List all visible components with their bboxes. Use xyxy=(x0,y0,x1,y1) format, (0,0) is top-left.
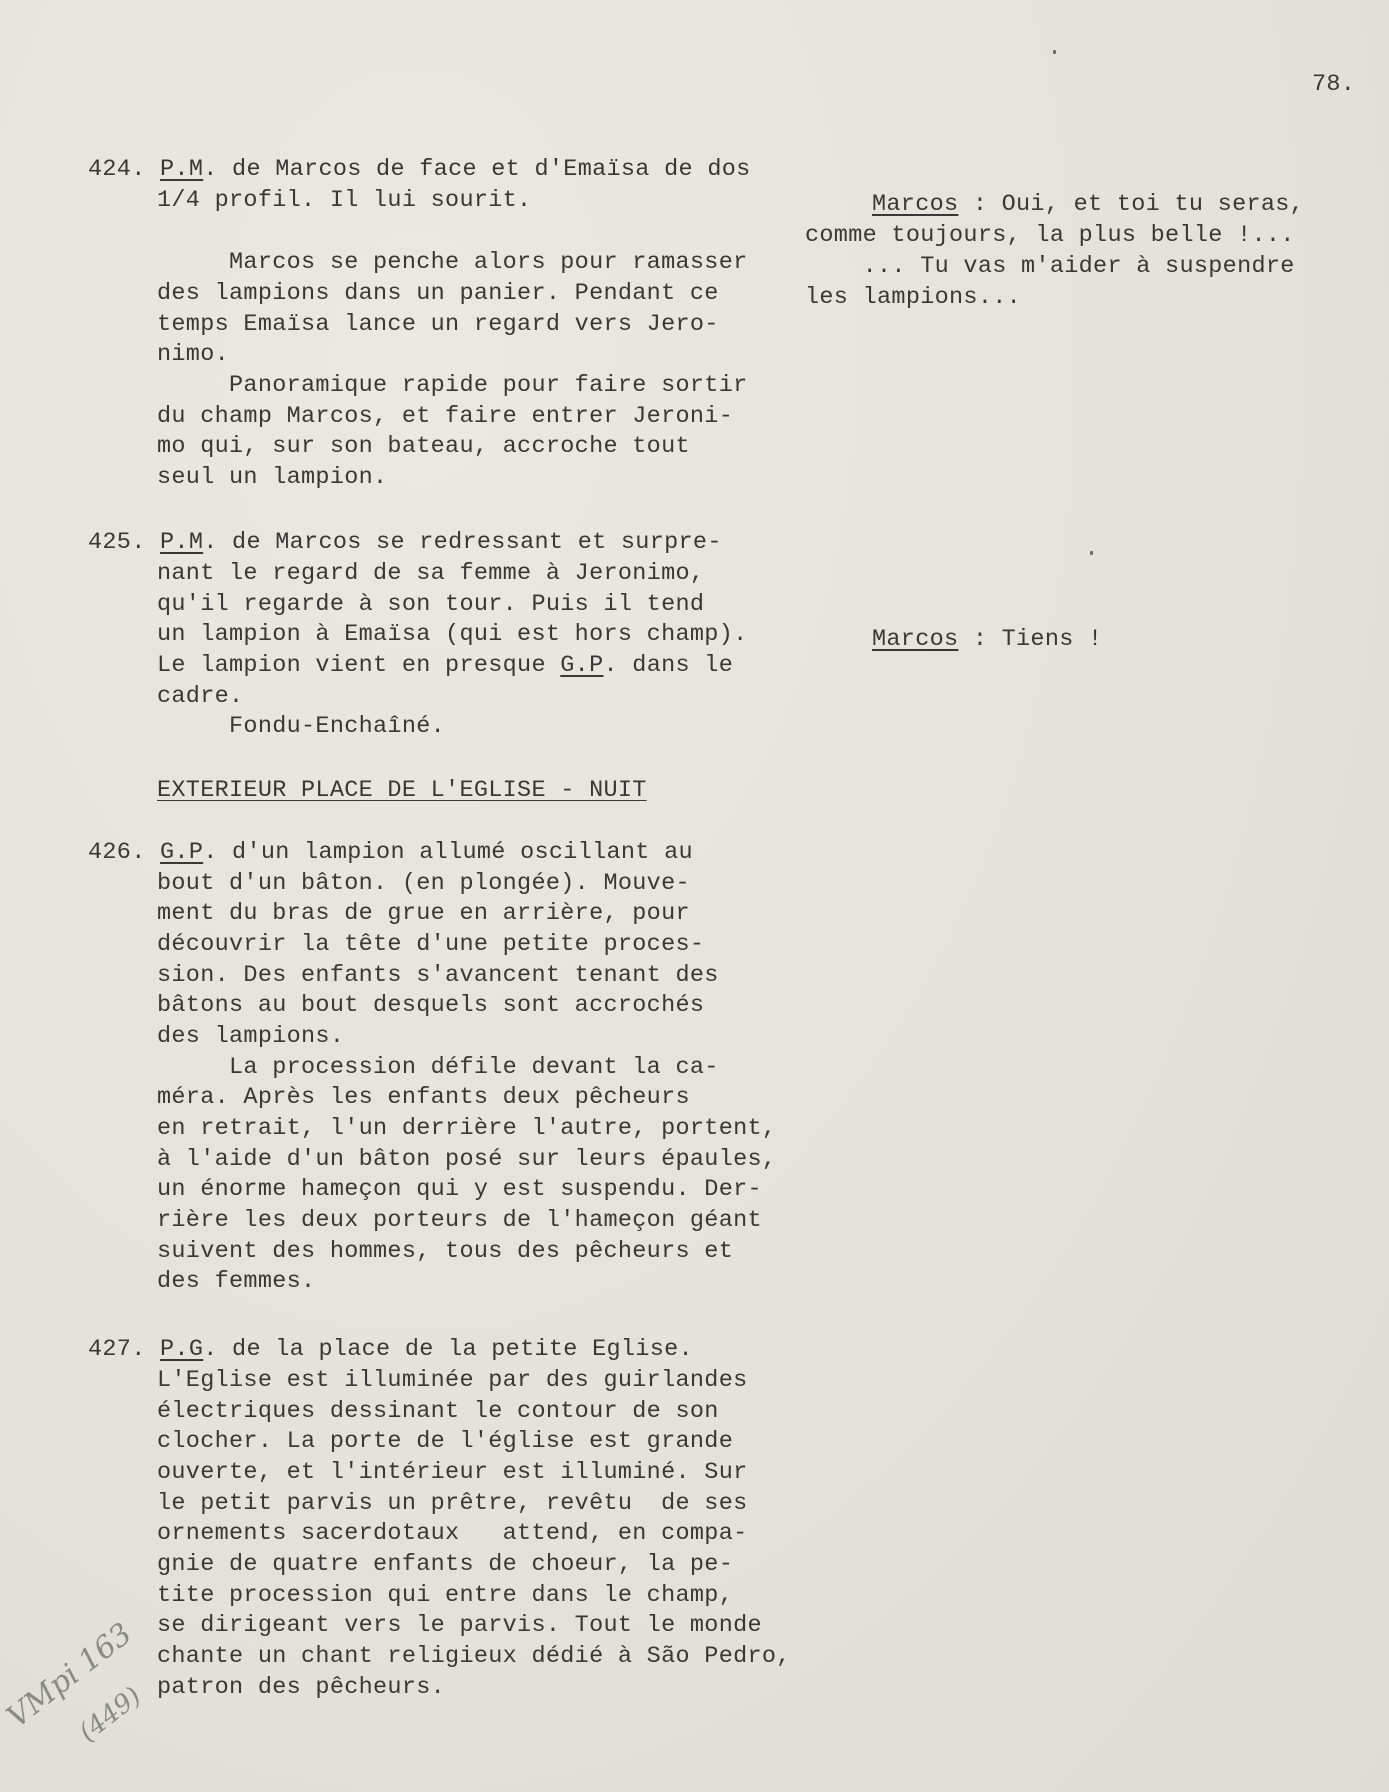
shot-text-line: temps Emaïsa lance un regard vers Jero- xyxy=(157,310,719,341)
shot-text-line: L'Eglise est illuminée par des guirlande… xyxy=(157,1366,748,1397)
shot-number: 425. xyxy=(88,529,146,556)
shot-text-line: du champ Marcos, et faire entrer Jeroni- xyxy=(157,402,733,433)
shot-number: 424. xyxy=(88,156,146,183)
paper-speck xyxy=(1053,50,1056,54)
speaker-name: Marcos xyxy=(872,626,958,653)
shot-text-line: patron des pêcheurs. xyxy=(157,1673,445,1704)
shot-text-line: nimo. xyxy=(157,340,229,371)
scene-heading: EXTERIEUR PLACE DE L'EGLISE - NUIT xyxy=(157,776,647,807)
shot-text-line: le petit parvis un prêtre, revêtu de ses xyxy=(157,1489,748,1520)
shot-text-line: bout d'un bâton. (en plongée). Mouve- xyxy=(157,869,690,900)
shot-text-line: rière les deux porteurs de l'hameçon géa… xyxy=(157,1206,762,1237)
handwritten-annotation-number: (449) xyxy=(74,1681,148,1748)
paper-speck xyxy=(1090,551,1093,555)
shot-text-line: mo qui, sur son bateau, accroche tout xyxy=(157,432,690,463)
shot-number: 426. xyxy=(88,839,146,866)
dialogue-line: ... Tu vas m'aider à suspendre xyxy=(805,252,1295,283)
shot-text-line: suivent des hommes, tous des pêcheurs et xyxy=(157,1237,733,1268)
shot-text-line: nant le regard de sa femme à Jeronimo, xyxy=(157,559,704,590)
shot-text-line: 1/4 profil. Il lui sourit. xyxy=(157,186,531,217)
shot-text-line: des lampions. xyxy=(157,1022,344,1053)
shot-text-line: seul un lampion. xyxy=(157,463,387,494)
shot-text-line: se dirigeant vers le parvis. Tout le mon… xyxy=(157,1611,762,1642)
dialogue-line: Marcos : Tiens ! xyxy=(872,625,1102,656)
shot-text-line: ment du bras de grue en arrière, pour xyxy=(157,899,690,930)
shot-425-first-line: 425. P.M. de Marcos se redressant et sur… xyxy=(88,528,722,559)
dialogue-line: Marcos : Oui, et toi tu seras, xyxy=(872,190,1304,221)
shot-number: 427. xyxy=(88,1336,146,1363)
shot-text-line: bâtons au bout desquels sont accrochés xyxy=(157,991,704,1022)
shot-text-line: des lampions dans un panier. Pendant ce xyxy=(157,279,719,310)
speaker-name: Marcos xyxy=(872,191,958,218)
shot-abbr: P.M xyxy=(160,529,203,556)
shot-text-line: La procession défile devant la ca- xyxy=(157,1053,719,1084)
shot-427-first-line: 427. P.G. de la place de la petite Eglis… xyxy=(88,1335,693,1366)
shot-abbr-inline: G.P xyxy=(560,652,603,679)
transition-line: Fondu-Enchaîné. xyxy=(157,712,445,743)
shot-426-first-line: 426. G.P. d'un lampion allumé oscillant … xyxy=(88,838,693,869)
shot-text-line: en retrait, l'un derrière l'autre, porte… xyxy=(157,1114,776,1145)
shot-text-line: Panoramique rapide pour faire sortir xyxy=(157,371,748,402)
shot-abbr: P.G xyxy=(160,1336,203,1363)
typewritten-page: 78. 424. P.M. de Marcos de face et d'Ema… xyxy=(0,0,1389,1792)
shot-text-line: clocher. La porte de l'église est grande xyxy=(157,1427,733,1458)
dialogue-line: comme toujours, la plus belle !... xyxy=(805,221,1295,252)
shot-text-line: ouverte, et l'intérieur est illuminé. Su… xyxy=(157,1458,748,1489)
shot-abbr: G.P xyxy=(160,839,203,866)
shot-text-line: Marcos se penche alors pour ramasser xyxy=(157,248,748,279)
shot-text-line: tite procession qui entre dans le champ, xyxy=(157,1581,733,1612)
shot-text-line: un lampion à Emaïsa (qui est hors champ)… xyxy=(157,620,748,651)
dialogue-line: les lampions... xyxy=(805,283,1021,314)
shot-text-line: électriques dessinant le contour de son xyxy=(157,1397,719,1428)
shot-text-line: découvrir la tête d'une petite proces- xyxy=(157,930,704,961)
shot-text-line: des femmes. xyxy=(157,1267,315,1298)
shot-text-line: sion. Des enfants s'avancent tenant des xyxy=(157,961,719,992)
shot-text-line: qu'il regarde à son tour. Puis il tend xyxy=(157,590,704,621)
shot-text-line: Le lampion vient en presque G.P. dans le xyxy=(157,651,733,682)
shot-text-line: méra. Après les enfants deux pêcheurs xyxy=(157,1083,690,1114)
shot-text-line: ornements sacerdotaux attend, en compa- xyxy=(157,1519,748,1550)
shot-text-line: chante un chant religieux dédié à São Pe… xyxy=(157,1642,791,1673)
shot-text-line: cadre. xyxy=(157,682,243,713)
shot-abbr: P.M xyxy=(160,156,203,183)
page-number: 78. xyxy=(1312,70,1355,101)
shot-text-line: à l'aide d'un bâton posé sur leurs épaul… xyxy=(157,1145,776,1176)
shot-text-line: gnie de quatre enfants de choeur, la pe- xyxy=(157,1550,733,1581)
shot-424-first-line: 424. P.M. de Marcos de face et d'Emaïsa … xyxy=(88,155,751,186)
shot-text-line: un énorme hameçon qui y est suspendu. De… xyxy=(157,1175,762,1206)
